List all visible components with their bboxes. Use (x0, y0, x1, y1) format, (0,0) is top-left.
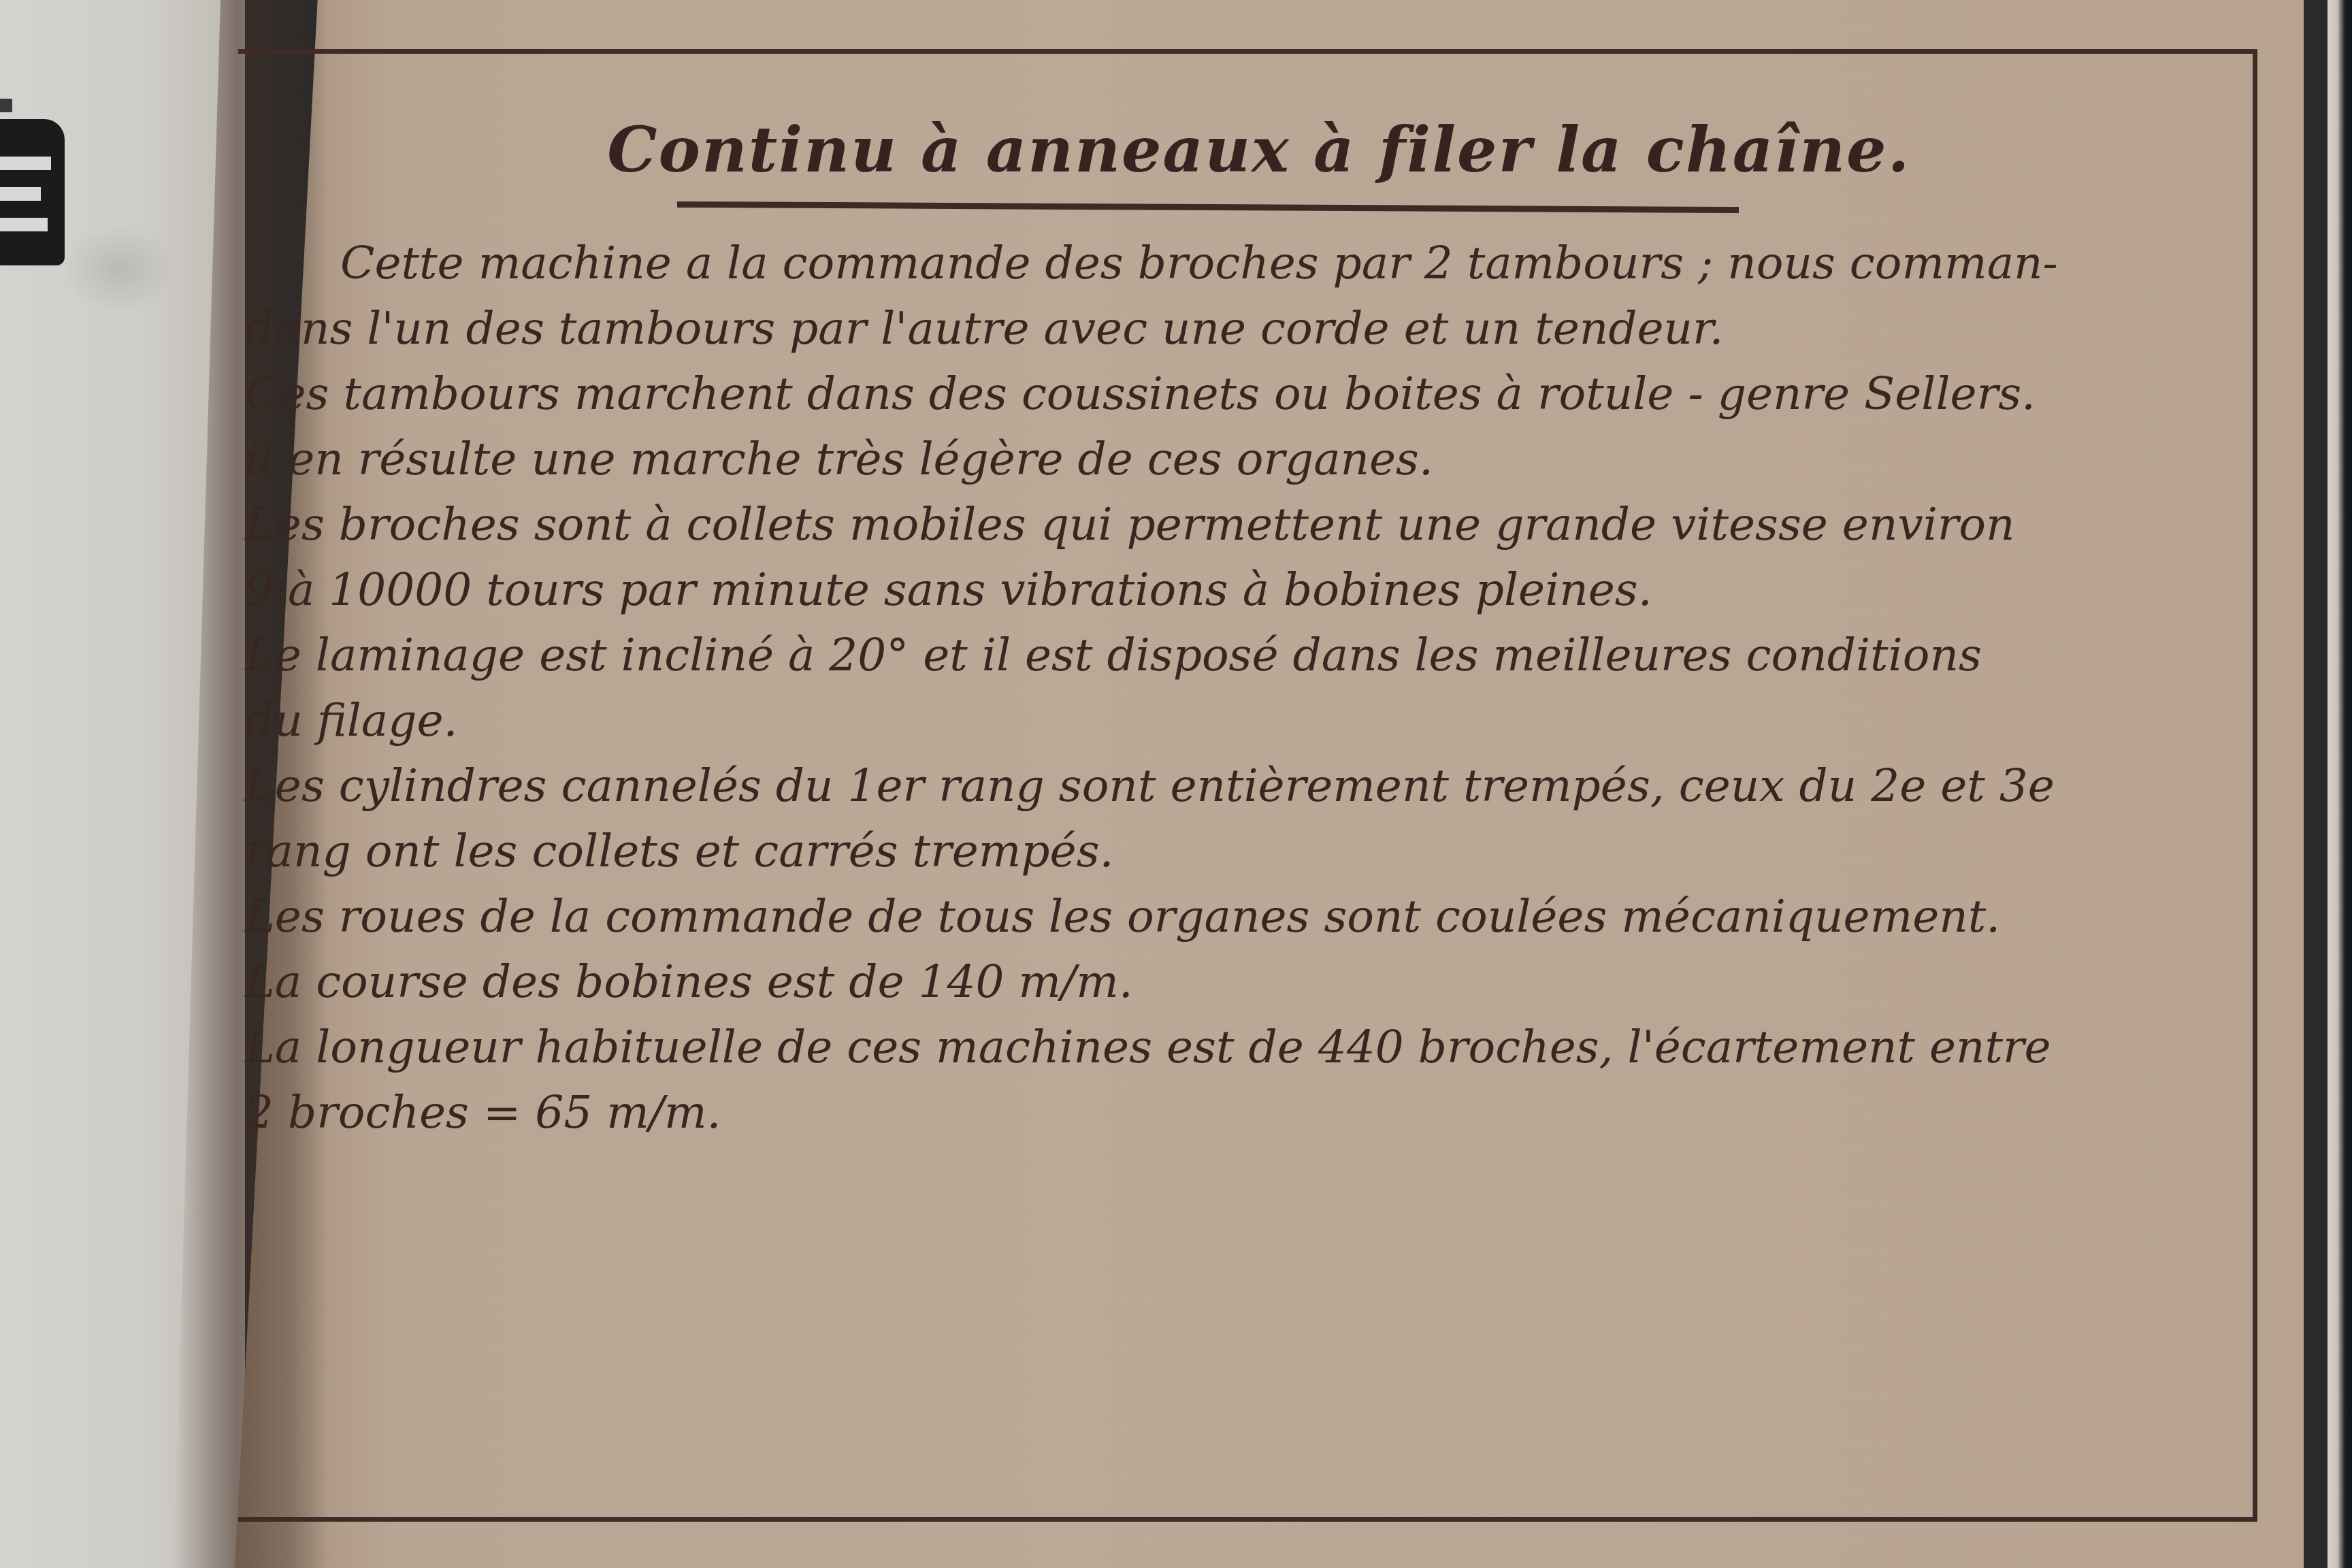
printed-fragment-mark (0, 99, 12, 112)
text-line: Les cylindres cannelés du 1er rang sont … (245, 753, 2191, 819)
text-line: il en résulte une marche très légère de … (245, 427, 2191, 492)
illustration-detail (0, 187, 41, 201)
illustration-detail (0, 218, 48, 231)
text-line: Cette machine a la commande des broches … (245, 231, 2191, 296)
illustration-detail (0, 157, 51, 170)
page-title: Continu à anneaux à filer la chaîne. (265, 102, 2253, 197)
text-line: Les roues de la commande de tous les org… (245, 884, 2191, 949)
book-spread: Continu à anneaux à filer la chaîne. Cet… (0, 0, 2352, 1568)
printed-illustration-fragment (0, 119, 65, 265)
text-line: Ces tambours marchent dans des coussinet… (245, 361, 2191, 427)
text-line: rang ont les collets et carrés trempés. (245, 819, 2191, 884)
text-line: La course des bobines est de 140 m/m. (245, 949, 2191, 1015)
text-line: du filage. (245, 688, 2191, 753)
paper-speckle (61, 225, 177, 313)
text-line: Les broches sont à collets mobiles qui p… (245, 492, 2191, 557)
text-line: dons l'un des tambours par l'autre avec … (245, 296, 2191, 361)
text-line: Le laminage est incliné à 20° et il est … (245, 623, 2191, 688)
text-line: 9 à 10000 tours par minute sans vibratio… (245, 557, 2191, 623)
body-text: Cette machine a la commande des broches … (238, 231, 2253, 1145)
text-line: 2 broches = 65 m/m. (245, 1080, 2191, 1145)
page-content: Continu à anneaux à filer la chaîne. Cet… (238, 102, 2253, 1145)
text-line: La longueur habituelle de ces machines e… (245, 1015, 2191, 1080)
page-edge (2327, 0, 2352, 1568)
title-underline (677, 201, 1739, 213)
